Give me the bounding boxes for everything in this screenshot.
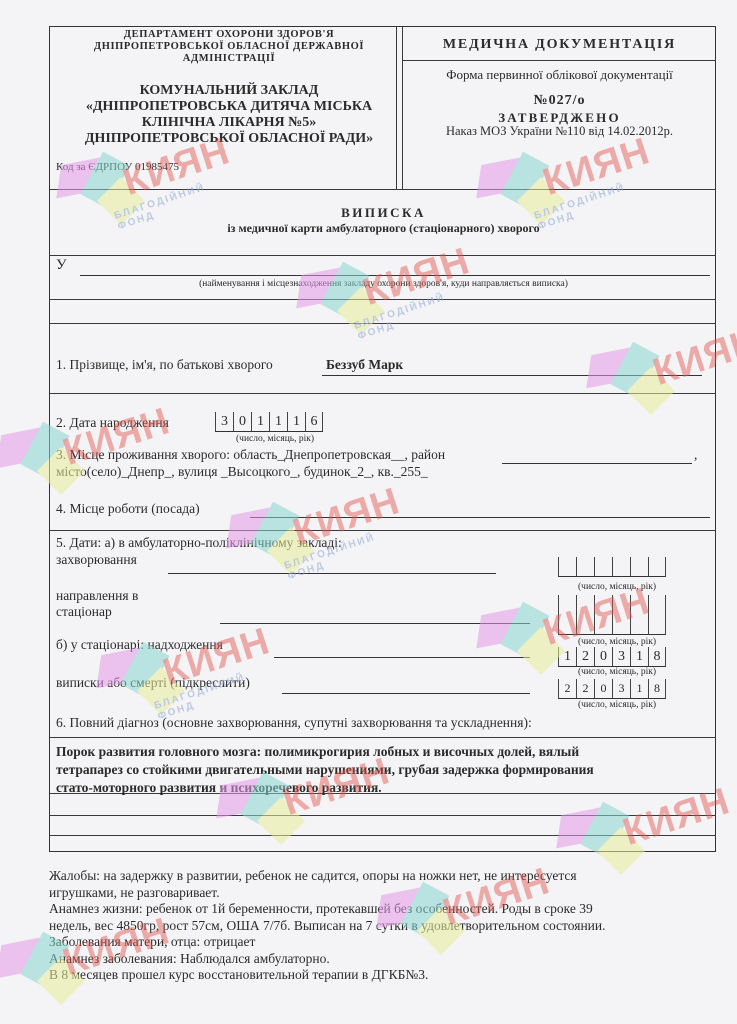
institution-line: ДНІПРОПЕТРОВСЬКОЇ ОБЛАСНОЇ РАДИ»	[56, 131, 402, 147]
digit-cell: 8	[648, 647, 666, 666]
recipient-hint: (найменування і місцезнаходження закладу…	[50, 279, 717, 289]
discharge-hint: (число, місяць, рік)	[578, 700, 656, 710]
address-line-2: місто(село)_Днепр_, вулиця _Высоцкого_, …	[56, 464, 428, 480]
digit-cell: 2	[576, 679, 594, 698]
note-line: В 8 месяцев прошел курс восстановительно…	[49, 967, 719, 984]
dob-hint: (число, місяць, рік)	[236, 434, 314, 444]
divider	[50, 255, 715, 256]
diagnosis-line: тетрапарез со стойкими двигательными нар…	[56, 761, 706, 779]
patient-name[interactable]: Беззуб Марк	[326, 357, 403, 373]
illness-digits[interactable]	[558, 557, 666, 577]
diagnosis-label: 6. Повний діагноз (основне захворювання,…	[56, 715, 532, 731]
district-field[interactable]	[502, 463, 692, 464]
admission-hint: (число, місяць, рік)	[578, 667, 656, 677]
divider	[50, 323, 715, 324]
note-line: Жалобы: на задержку в развитии, ребенок …	[49, 868, 719, 885]
digit-cell	[576, 557, 594, 576]
dob-label: 2. Дата народження	[56, 415, 169, 431]
form-frame: ДЕПАРТАМЕНТ ОХОРОНИ ЗДОРОВ'Я ДНІПРОПЕТРО…	[49, 26, 716, 852]
note-line: Анамнез жизни: ребенок от 1й беременност…	[49, 901, 719, 918]
digit-cell: 8	[648, 679, 666, 698]
digit-cell: 2	[558, 679, 576, 698]
divider	[50, 835, 715, 836]
document-subtitle: із медичної карти амбулаторного (стаціон…	[50, 221, 717, 236]
referral-field[interactable]	[220, 623, 530, 624]
digit-cell: 3	[612, 679, 630, 698]
illness-label: захворювання	[56, 552, 137, 568]
divider	[50, 393, 715, 394]
institution-line: КЛІНІЧНА ЛІКАРНЯ №5»	[56, 115, 402, 131]
note-line: недель, вес 4850гр, рост 57см, ОША 7/7б.…	[49, 918, 719, 935]
med-doc-title: МЕДИЧНА ДОКУМЕНТАЦІЯ	[402, 37, 717, 53]
digit-cell: 1	[269, 412, 287, 431]
name-underline	[322, 375, 702, 376]
digit-cell	[612, 557, 630, 576]
digit-cell	[594, 557, 612, 576]
note-line: Анамнез заболевания: Наблюдался амбулато…	[49, 951, 719, 968]
digit-cell: 0	[233, 412, 251, 431]
diagnosis-line: Порок развития головного мозга: полимикр…	[56, 743, 706, 761]
referral-hint: (число, місяць, рік)	[578, 637, 656, 647]
digit-cell: 6	[305, 412, 323, 431]
referral-digits[interactable]	[558, 595, 666, 635]
institution-line: КОМУНАЛЬНИЙ ЗАКЛАД	[56, 83, 402, 99]
address-line-1: 3. Місце проживання хворого: область_Дне…	[56, 447, 445, 463]
divider	[50, 189, 715, 190]
department-name: ДЕПАРТАМЕНТ ОХОРОНИ ЗДОРОВ'Я ДНІПРОПЕТРО…	[64, 29, 394, 65]
document-title: ВИПИСКА	[50, 205, 717, 221]
form-number: №027/о	[402, 93, 717, 109]
recipient-field[interactable]	[80, 275, 710, 276]
digit-cell: 1	[287, 412, 305, 431]
digit-cell: 3	[215, 412, 233, 431]
note-line: Заболевания матери, отца: отрицает	[49, 934, 719, 951]
digit-cell: 1	[558, 647, 576, 666]
illness-hint: (число, місяць, рік)	[578, 582, 656, 592]
digit-cell	[594, 595, 612, 634]
admission-label: б) у стаціонарі: надходження	[56, 637, 223, 653]
divider	[50, 737, 715, 738]
diagnosis-line: стато-моторного развития и психоречевого…	[56, 779, 706, 797]
digit-cell: 0	[594, 647, 612, 666]
institution-line: «ДНІПРОПЕТРОВСЬКА ДИТЯЧА МІСЬКА	[56, 99, 402, 115]
referral-label: направлення в	[56, 588, 138, 604]
referral-label-2: стаціонар	[56, 604, 112, 620]
institution-name: КОМУНАЛЬНИЙ ЗАКЛАД «ДНІПРОПЕТРОВСЬКА ДИТ…	[56, 83, 402, 147]
illness-field[interactable]	[168, 573, 496, 574]
note-line: игрушками, не разговаривает.	[49, 885, 719, 902]
admission-digits[interactable]: 1 2 0 3 1 8	[558, 647, 666, 667]
digit-cell	[630, 557, 648, 576]
digit-cell	[612, 595, 630, 634]
digit-cell	[576, 595, 594, 634]
recipient-prefix: У	[56, 257, 67, 274]
digit-cell: 0	[594, 679, 612, 698]
digit-cell	[558, 595, 576, 634]
work-field[interactable]	[250, 517, 710, 518]
clinical-notes: Жалобы: на задержку в развитии, ребенок …	[49, 868, 719, 984]
digit-cell	[648, 595, 666, 634]
divider	[50, 299, 715, 300]
name-label: 1. Прізвище, ім'я, по батькові хворого	[56, 357, 273, 373]
diagnosis-text: Порок развития головного мозга: полимикр…	[56, 743, 706, 797]
digit-cell	[558, 557, 576, 576]
digit-cell	[630, 595, 648, 634]
digit-cell: 1	[251, 412, 269, 431]
dates-label: 5. Дати: а) в амбулаторно-поліклінічному…	[56, 535, 342, 551]
divider	[402, 60, 715, 61]
form-type: Форма первинної облікової документації	[402, 67, 717, 83]
discharge-label: виписки або смерті (підкреслити)	[56, 675, 250, 691]
admission-field[interactable]	[274, 657, 530, 658]
digit-cell: 3	[612, 647, 630, 666]
work-label: 4. Місце роботи (посада)	[56, 501, 200, 517]
digit-cell: 1	[630, 647, 648, 666]
edrpou-code: Код за ЄДРПОУ 01985475	[56, 161, 179, 173]
digit-cell: 1	[630, 679, 648, 698]
comma: ,	[694, 447, 697, 463]
divider	[50, 815, 715, 816]
discharge-digits[interactable]: 2 2 0 3 1 8	[558, 679, 666, 699]
divider	[50, 530, 715, 531]
order-reference: Наказ МОЗ України №110 від 14.02.2012р.	[402, 124, 717, 139]
digit-cell: 2	[576, 647, 594, 666]
discharge-field[interactable]	[282, 693, 530, 694]
dob-digits[interactable]: 3 0 1 1 1 6	[215, 412, 323, 432]
document-page: ДЕПАРТАМЕНТ ОХОРОНИ ЗДОРОВ'Я ДНІПРОПЕТРО…	[0, 0, 737, 1024]
digit-cell	[648, 557, 666, 576]
